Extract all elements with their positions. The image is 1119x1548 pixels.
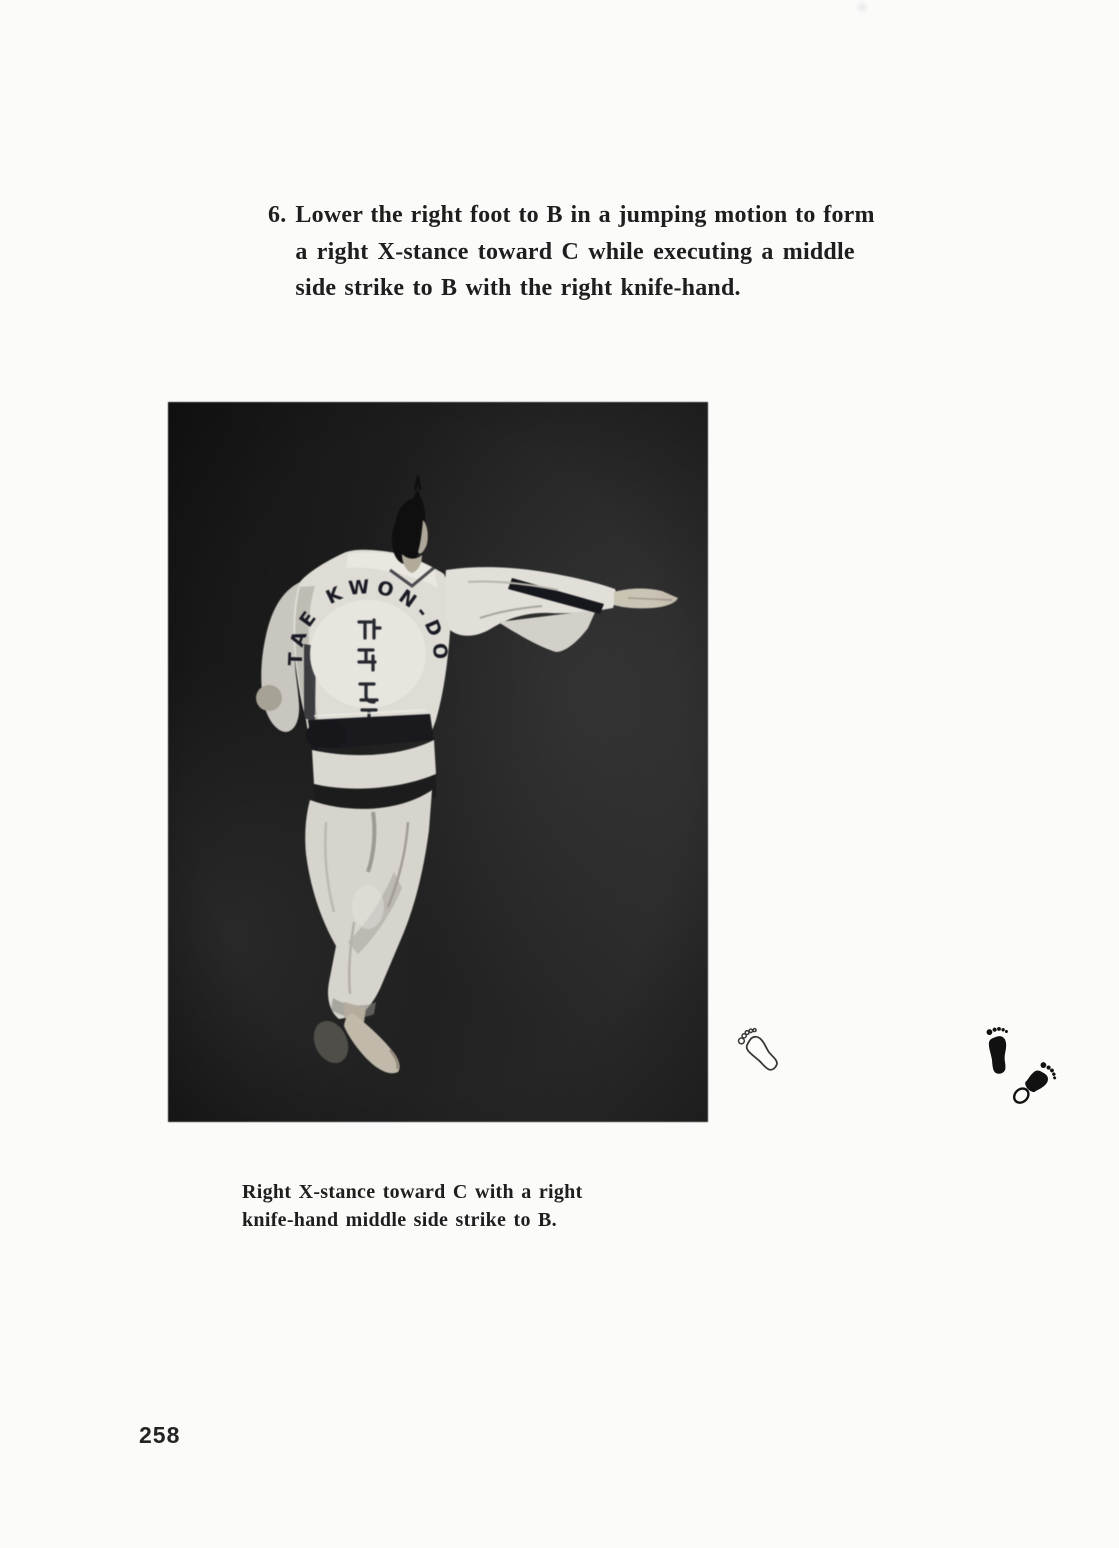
photo-vignette <box>168 402 708 1122</box>
instruction-line-3: side strike to B with the right knife-ha… <box>295 270 874 307</box>
instruction-lines: Lower the right foot to B in a jumping m… <box>295 197 874 307</box>
scan-artifact <box>855 0 869 14</box>
foot-raised-heel-icon <box>1009 1060 1059 1110</box>
foot-outline-icon <box>736 1025 783 1074</box>
photo-caption: Right X-stance toward C with a right kni… <box>242 1179 583 1234</box>
photo-figure: TAE KWON-DO <box>168 402 708 1122</box>
caption-line-2: knife-hand middle side strike to B. <box>242 1207 583 1235</box>
book-page: { "page": { "number": "258" }, "instruct… <box>0 0 1119 1548</box>
footwork-diagram <box>700 1000 1100 1130</box>
foot-solid-icon <box>986 1026 1011 1074</box>
instruction-line-2: a right X-stance toward C while executin… <box>295 234 874 271</box>
instruction-line-1: Lower the right foot to B in a jumping m… <box>295 197 874 234</box>
instruction-block: 6. Lower the right foot to B in a jumpin… <box>268 197 875 307</box>
instruction-number: 6. <box>268 197 286 307</box>
page-number: 258 <box>139 1422 180 1449</box>
caption-line-1: Right X-stance toward C with a right <box>242 1179 583 1207</box>
